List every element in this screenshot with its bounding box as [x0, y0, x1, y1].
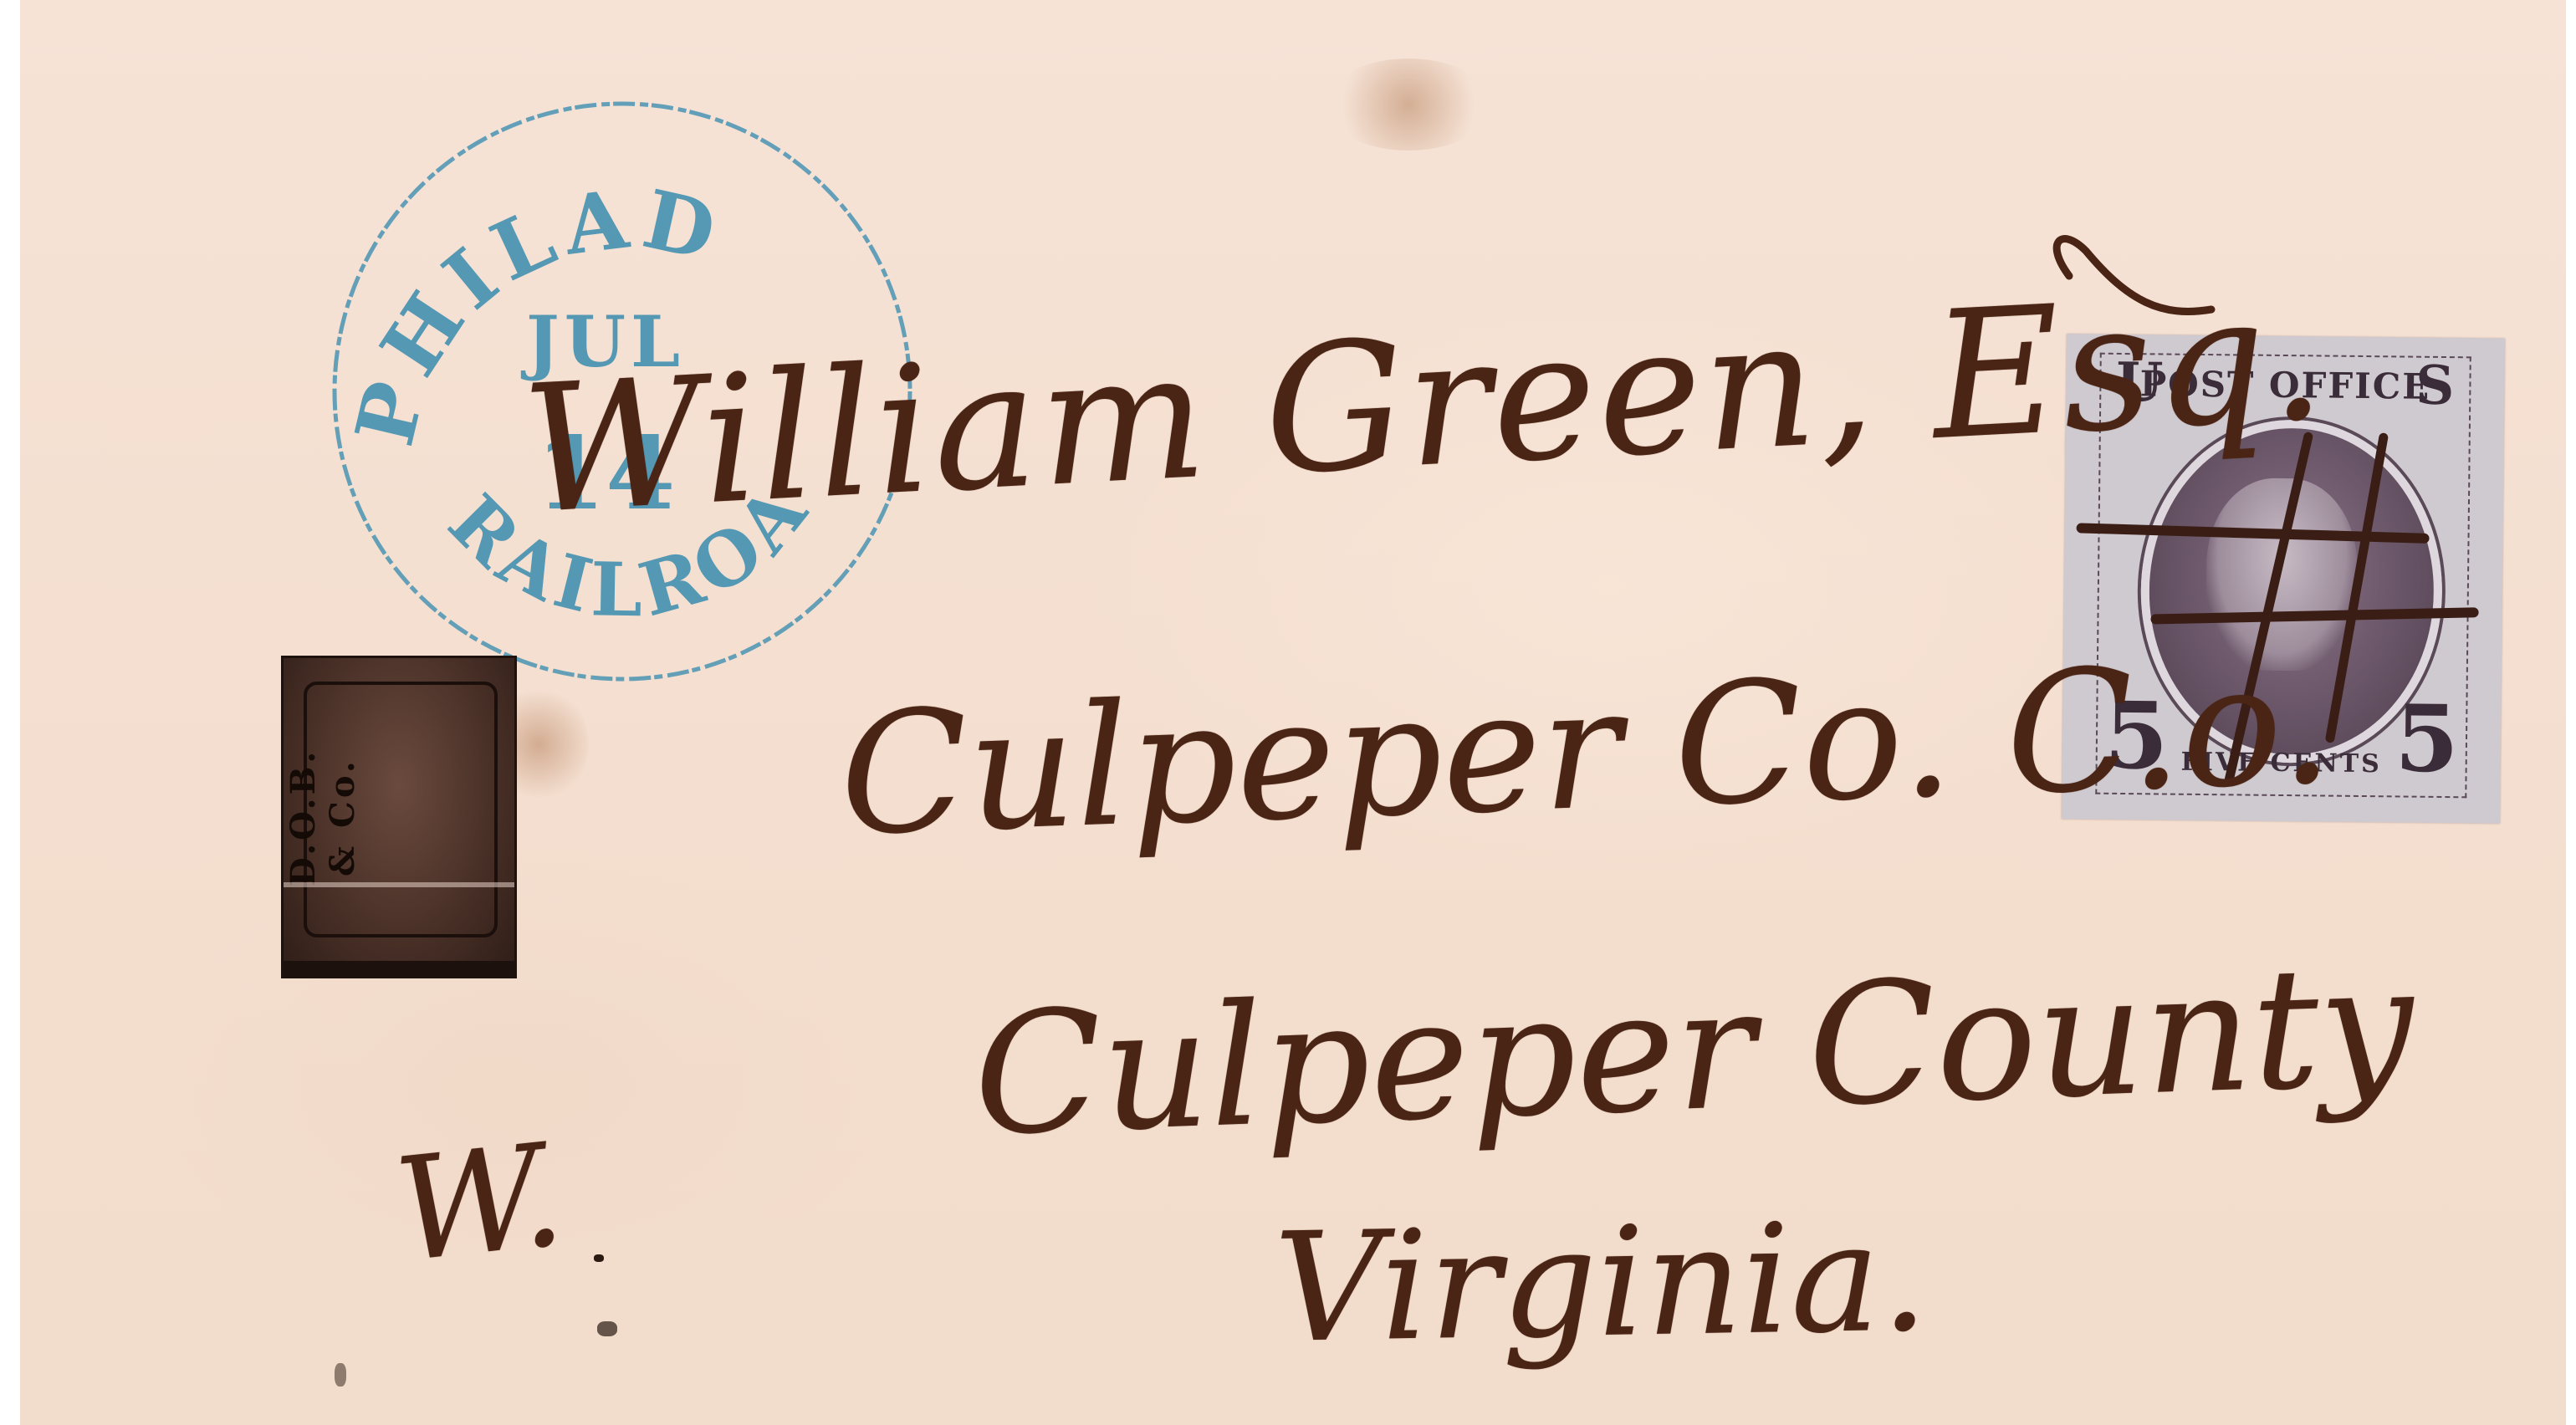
- local-stamp-text: D.O.B. & Co.: [284, 738, 514, 896]
- notation-initial: W.: [388, 1112, 571, 1295]
- ink-speck: [594, 1254, 604, 1262]
- ink-speck: [597, 1321, 617, 1336]
- local-post-stamp: D.O.B. & Co.: [281, 656, 517, 978]
- stamp-crease: [284, 882, 514, 887]
- stain: [1325, 59, 1492, 151]
- ink-speck: [335, 1363, 346, 1387]
- address-line-4: Virginia.: [1273, 1190, 1929, 1376]
- address-line-2: Culpeper Co. C.o.: [836, 626, 2335, 873]
- address-line-3: Culpeper County: [970, 928, 2416, 1173]
- envelope: PHILAD RAILROAD JUL 14 D.O.B. & Co. U S …: [20, 0, 2566, 1425]
